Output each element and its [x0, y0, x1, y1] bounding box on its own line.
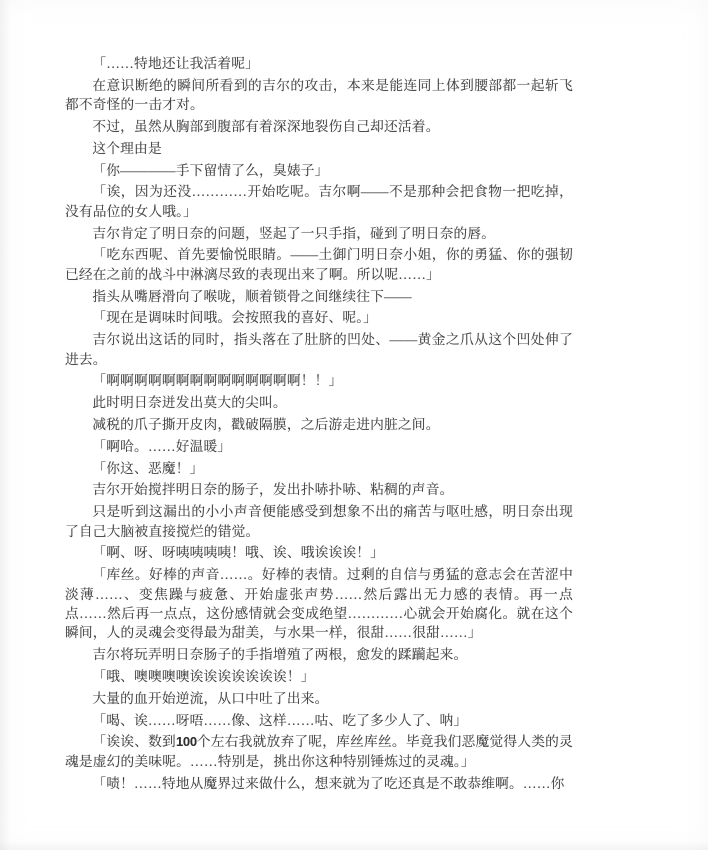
- text-run: 减税的爪子撕开皮肉，戳破隔膜，之后游走进内脏之间。: [92, 417, 439, 432]
- text-run: 「……特地还让我活着呢」: [92, 56, 259, 71]
- paragraph: 此时明日奈迸发出莫大的尖叫。: [65, 393, 573, 412]
- text-run: 「啊啊啊啊啊啊啊啊啊啊啊啊啊啊！！」: [92, 373, 342, 388]
- text-run: 此时明日奈迸发出莫大的尖叫。: [92, 395, 286, 410]
- paragraph: 「哦、噢噢噢噢诶诶诶诶诶诶诶！」: [65, 667, 573, 686]
- scan-edge-artifact-left: [0, 0, 10, 850]
- text-run: 这个理由是: [92, 141, 161, 156]
- paragraph: 这个理由是: [65, 139, 573, 158]
- paragraph: 减税的爪子撕开皮肉，戳破隔膜，之后游走进内脏之间。: [65, 415, 573, 434]
- text-run: 「吃东西呢、首先要愉悦眼睛。——土御门明日奈小姐，你的勇猛、你的强韧已经在之前的…: [65, 247, 573, 281]
- paragraph: 「你————手下留情了么，臭婊子」: [65, 161, 573, 180]
- paragraph: 「啊、呀、呀咦咦咦咦！哦、诶、哦诶诶诶！」: [65, 543, 573, 562]
- text-run: 指头从嘴唇滑向了喉咙，顺着锁骨之间继续往下——: [92, 289, 411, 304]
- paragraph: 「喝、诶……呀唔……像、这样……咕、吃了多少人了、呐」: [65, 711, 573, 730]
- text-run: 只是听到这漏出的小小声音便能感受到想象不出的痛苦与呕吐感，明日奈出现了自己大脑被…: [65, 504, 573, 538]
- paragraph: 「……特地还让我活着呢」: [65, 54, 573, 73]
- paragraph: 「你这、恶魔！」: [65, 459, 573, 478]
- paragraph: 吉尔说出这话的同时，指头落在了肚脐的凹处、——黄金之爪从这个凹处伸了进去。: [65, 330, 573, 369]
- paragraph: 吉尔肯定了明日奈的问题，竖起了一只手指，碰到了明日奈的唇。: [65, 224, 573, 243]
- text-run: 不过，虽然从胸部到腹部有着深深地裂伤自己却还活着。: [92, 119, 439, 134]
- text-run: 「啧！……特地从魔界过来做什么，想来就为了吃还真是不敢恭维啊。……你: [92, 776, 564, 791]
- paragraph: 「库丝。好棒的声音……。好棒的表情。过剩的自信与勇猛的意志会在苦涩中淡薄……、变…: [65, 565, 573, 643]
- paragraph: 指头从嘴唇滑向了喉咙，顺着锁骨之间继续往下——: [65, 287, 573, 306]
- paragraph: 吉尔开始搅拌明日奈的肠子，发出扑哧扑哧、粘稠的声音。: [65, 480, 573, 499]
- scanned-document: { "document": { "kind": "scanned-novel-p…: [0, 0, 708, 850]
- text-run: 吉尔将玩弄明日奈肠子的手指增殖了两根，愈发的蹂躏起来。: [92, 647, 467, 662]
- document-page: 「……特地还让我活着呢」在意识断绝的瞬间所看到的吉尔的攻击，本来是能连同上体到腰…: [0, 0, 708, 850]
- text-run: 「你这、恶魔！」: [92, 461, 203, 476]
- text-run: 「啊哈。……好温暖」: [92, 439, 231, 454]
- paragraph: 「诶，因为还没…………开始吃呢。吉尔啊——不是那种会把食物一把吃掉，没有品位的女…: [65, 182, 573, 221]
- emphasized-number: 100: [176, 734, 197, 749]
- text-run: 「哦、噢噢噢噢诶诶诶诶诶诶诶！」: [92, 669, 314, 684]
- text-run: 「啊、呀、呀咦咦咦咦！哦、诶、哦诶诶诶！」: [92, 545, 384, 560]
- paragraph: 大量的血开始逆流，从口中吐了出来。: [65, 689, 573, 708]
- paragraph: 吉尔将玩弄明日奈肠子的手指增殖了两根，愈发的蹂躏起来。: [65, 645, 573, 664]
- text-run: 「库丝。好棒的声音……。好棒的表情。过剩的自信与勇猛的意志会在苦涩中淡薄……、变…: [65, 567, 573, 640]
- text-run: 在意识断绝的瞬间所看到的吉尔的攻击，本来是能连同上体到腰部都一起斩飞都不奇怪的一…: [65, 78, 573, 112]
- text-run: 「喝、诶……呀唔……像、这样……咕、吃了多少人了、呐」: [92, 713, 467, 728]
- paragraph: 只是听到这漏出的小小声音便能感受到想象不出的痛苦与呕吐感，明日奈出现了自己大脑被…: [65, 502, 573, 541]
- scan-edge-artifact-bottom: [0, 842, 708, 850]
- text-run: 吉尔说出这话的同时，指头落在了肚脐的凹处、——黄金之爪从这个凹处伸了进去。: [65, 332, 573, 366]
- paragraph: 「诶诶、数到100个左右我就放弃了呢，库丝库丝。毕竟我们恶魔觉得人类的灵魂是虚幻…: [65, 732, 573, 771]
- text-run: 「诶，因为还没…………开始吃呢。吉尔啊——不是那种会把食物一把吃掉，没有品位的女…: [65, 184, 573, 218]
- text-run: 大量的血开始逆流，从口中吐了出来。: [92, 691, 328, 706]
- paragraph: 「现在是调味时间哦。会按照我的喜好、呢。」: [65, 308, 573, 327]
- paragraph: 在意识断绝的瞬间所看到的吉尔的攻击，本来是能连同上体到腰部都一起斩飞都不奇怪的一…: [65, 76, 573, 115]
- text-run: 「你————手下留情了么，臭婊子」: [92, 163, 328, 178]
- paragraph: 「吃东西呢、首先要愉悦眼睛。——土御门明日奈小姐，你的勇猛、你的强韧已经在之前的…: [65, 245, 573, 284]
- text-content: 「……特地还让我活着呢」在意识断绝的瞬间所看到的吉尔的攻击，本来是能连同上体到腰…: [65, 54, 573, 795]
- text-run: 吉尔开始搅拌明日奈的肠子，发出扑哧扑哧、粘稠的声音。: [92, 482, 453, 497]
- paragraph: 「啧！……特地从魔界过来做什么，想来就为了吃还真是不敢恭维啊。……你: [65, 774, 573, 793]
- paragraph: 「啊哈。……好温暖」: [65, 437, 573, 456]
- paragraph: 不过，虽然从胸部到腹部有着深深地裂伤自己却还活着。: [65, 117, 573, 136]
- text-run: 「诶诶、数到: [92, 734, 176, 749]
- text-run: 吉尔肯定了明日奈的问题，竖起了一只手指，碰到了明日奈的唇。: [92, 226, 495, 241]
- text-run: 「现在是调味时间哦。会按照我的喜好、呢。」: [92, 310, 377, 325]
- paragraph: 「啊啊啊啊啊啊啊啊啊啊啊啊啊啊！！」: [65, 371, 573, 390]
